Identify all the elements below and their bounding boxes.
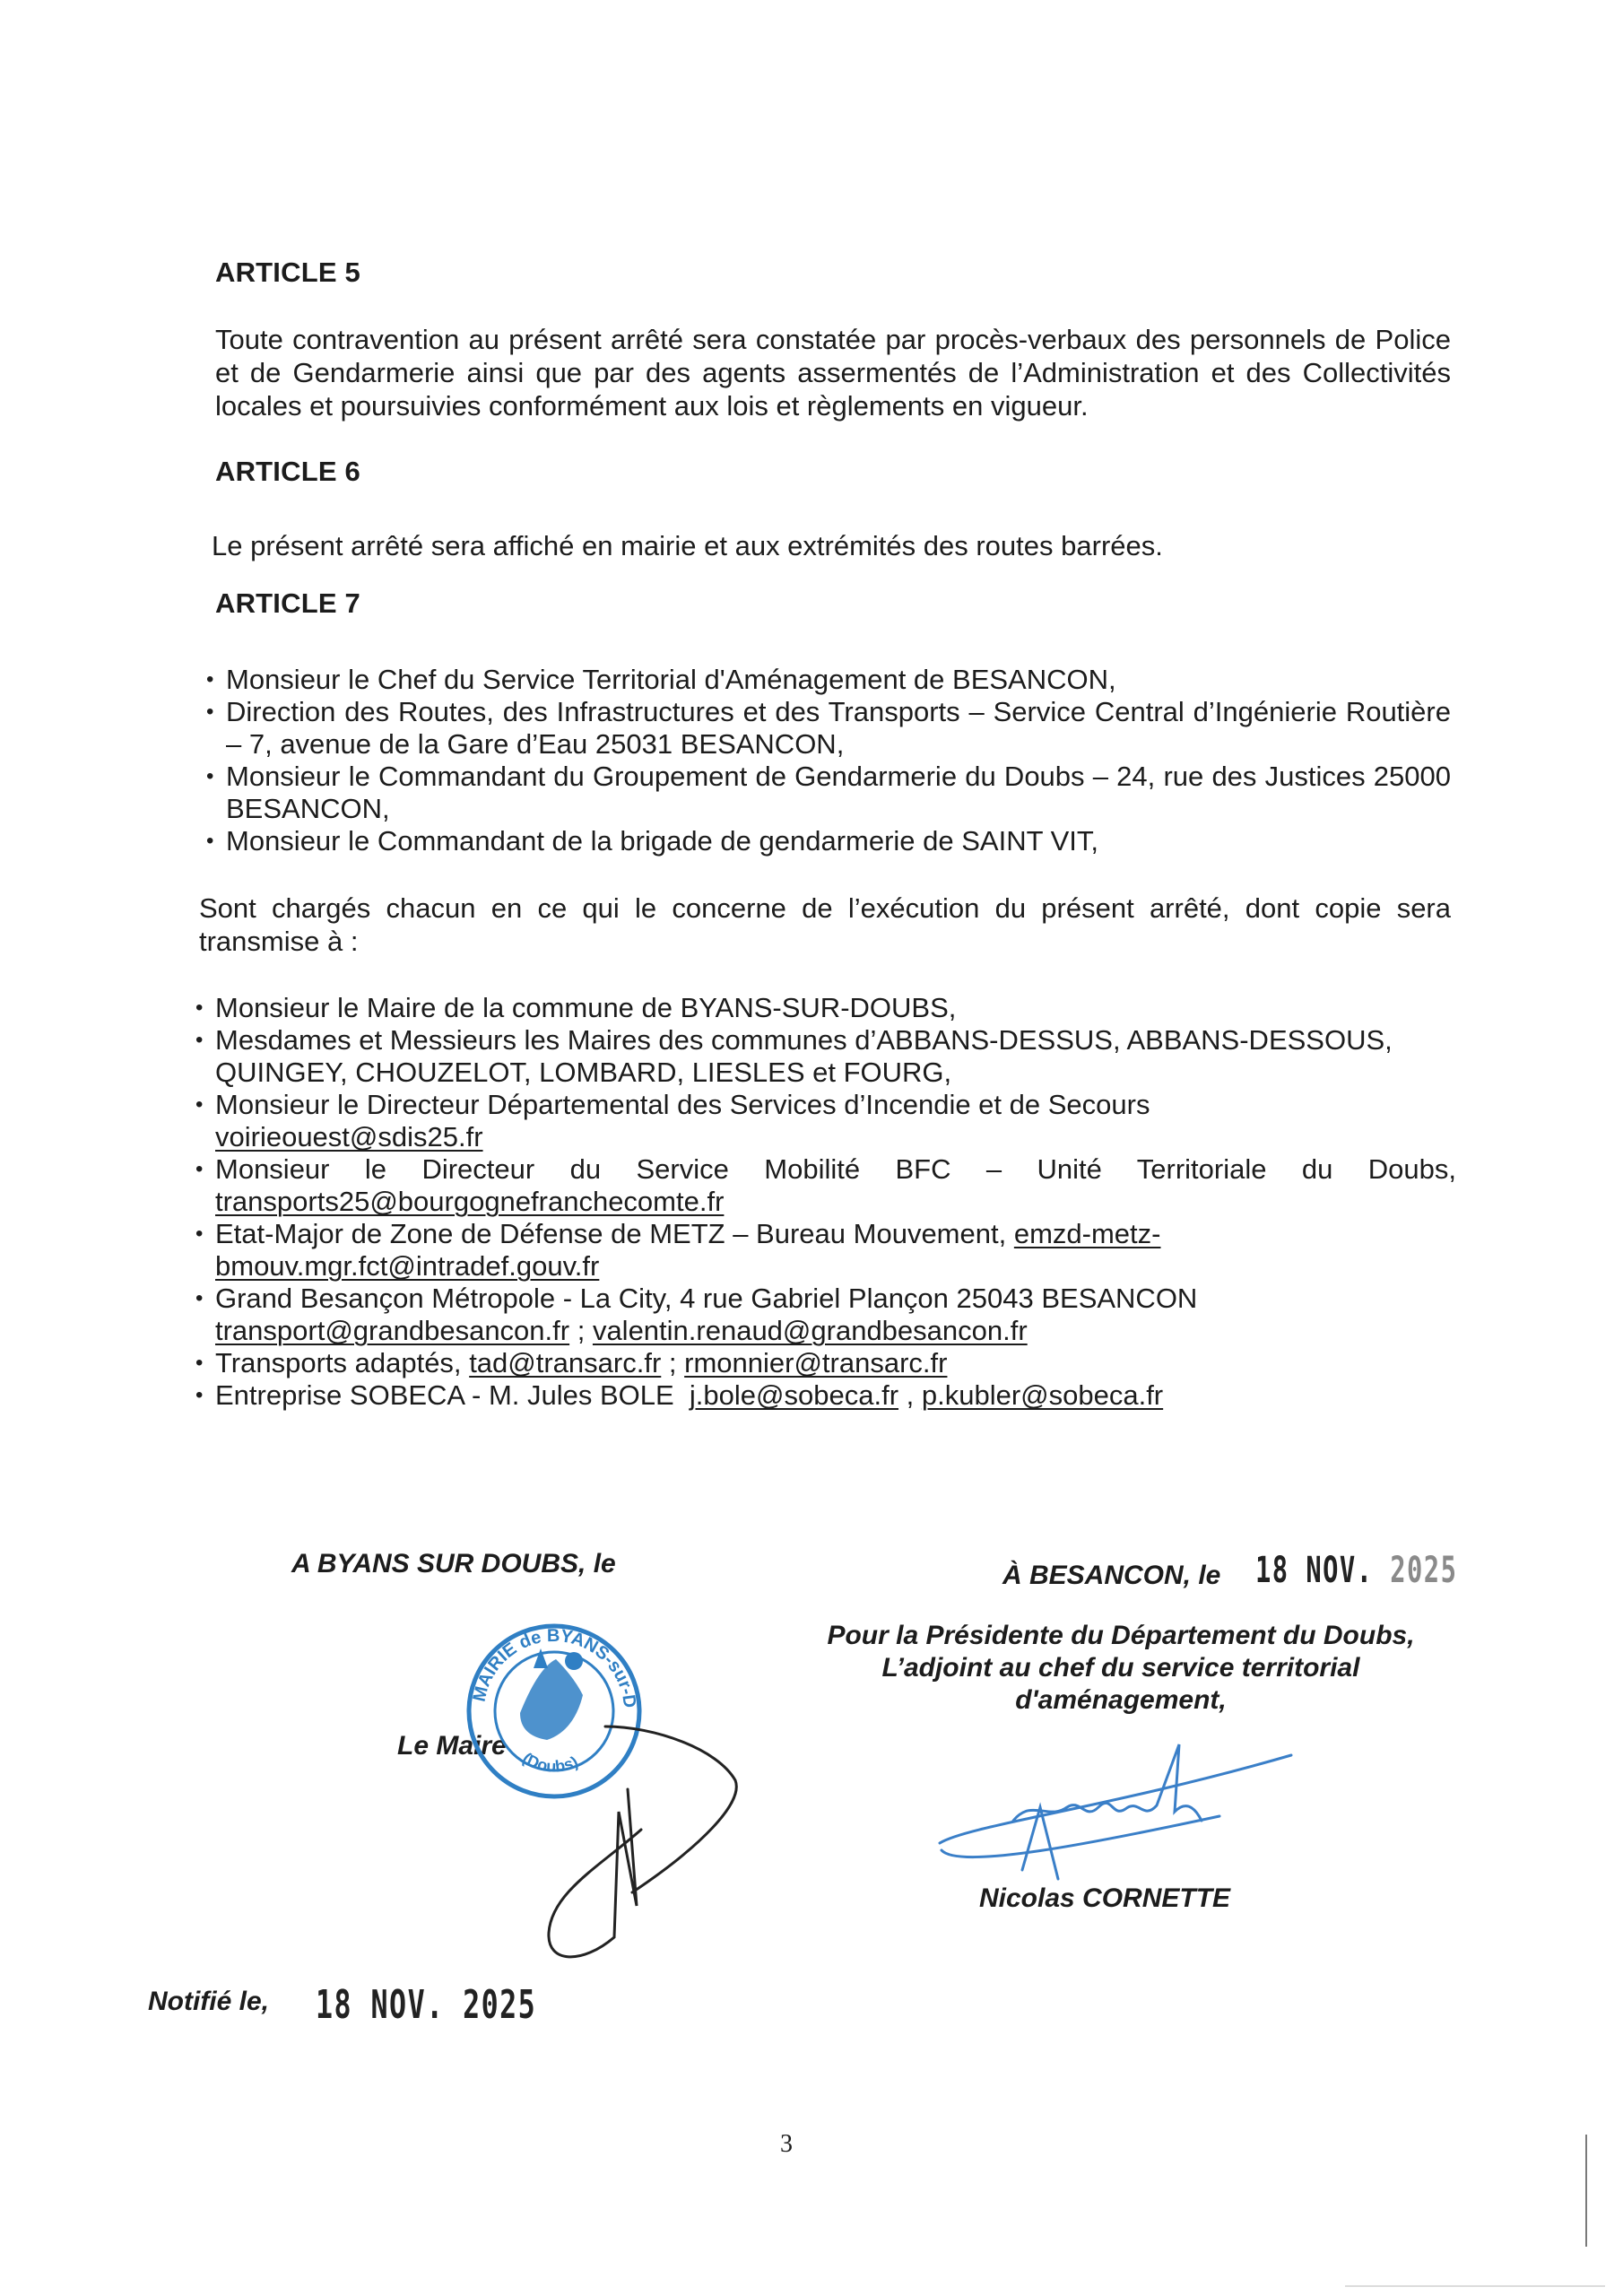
email-link[interactable]: tad@transarc.fr [469, 1347, 661, 1378]
transmission-intro: Sont chargés chacun en ce qui le concern… [199, 891, 1451, 958]
article-5-text: Toute contravention au présent arrêté se… [215, 323, 1451, 422]
department-signature-icon [933, 1735, 1309, 1888]
mayor-seal-icon: MAIRIE de BYANS-sur-DOUBS (Doubs) [448, 1605, 753, 1982]
article-6-text: Le présent arrêté sera affiché en mairie… [212, 529, 1449, 562]
executor-item: Monsieur le Commandant du Groupement de … [212, 761, 1451, 825]
email-link[interactable]: voirieouest@sdis25.fr [215, 1121, 483, 1152]
svg-text:(Doubs): (Doubs) [519, 1749, 580, 1775]
page-number: 3 [780, 2130, 793, 2159]
executor-item: Direction des Routes, des Infrastructure… [212, 696, 1451, 761]
email-link[interactable]: j.bole@sobeca.fr [690, 1379, 898, 1411]
executor-item: Monsieur le Chef du Service Territorial … [212, 664, 1451, 696]
email-link[interactable]: valentin.renaud@grandbesancon.fr [593, 1315, 1028, 1346]
recipient-item: Grand Besançon Métropole - La City, 4 ru… [201, 1283, 1456, 1347]
scan-edge-line [1585, 2135, 1587, 2247]
email-link[interactable]: transport@grandbesancon.fr [215, 1315, 569, 1346]
notification-date-stamp: 18 NOV. 2025 [316, 1982, 536, 2028]
department-date-stamp: 18 NOV. 2025 [1255, 1550, 1457, 1591]
recipient-item: Transports adaptés, tad@transarc.fr ; rm… [201, 1347, 1456, 1379]
recipient-item: Mesdames et Messieurs les Maires des com… [201, 1024, 1456, 1089]
signatory-name: Nicolas CORNETTE [979, 1883, 1230, 1914]
article-7-heading: ARTICLE 7 [215, 587, 360, 620]
mayor-place-date: A BYANS SUR DOUBS, le [291, 1549, 616, 1579]
executors-list: Monsieur le Chef du Service Territorial … [212, 664, 1451, 857]
recipient-item: Monsieur le Maire de la commune de BYANS… [201, 992, 1456, 1024]
article-5-heading: ARTICLE 5 [215, 257, 360, 289]
recipients-list: Monsieur le Maire de la commune de BYANS… [201, 992, 1456, 1412]
email-link[interactable]: rmonnier@transarc.fr [684, 1347, 947, 1378]
article-6-heading: ARTICLE 6 [215, 456, 360, 488]
recipient-item: Monsieur le Directeur Départemental des … [201, 1089, 1456, 1153]
recipient-item: Etat-Major de Zone de Défense de METZ – … [201, 1218, 1456, 1283]
email-link[interactable]: p.kubler@sobeca.fr [922, 1379, 1163, 1411]
notification-label: Notifié le, [148, 1987, 269, 2017]
department-place-date: À BESANCON, le [1002, 1561, 1220, 1591]
recipient-item: Monsieur le Directeur du Service Mobilit… [201, 1153, 1456, 1218]
executor-item: Monsieur le Commandant de la brigade de … [212, 825, 1451, 857]
department-role: Pour la Présidente du Département du Dou… [807, 1620, 1435, 1717]
recipient-item: Entreprise SOBECA - M. Jules BOLE j.bole… [201, 1379, 1456, 1412]
scan-bottom-line [1345, 2285, 1605, 2287]
email-link[interactable]: transports25@bourgognefranchecomte.fr [215, 1186, 724, 1217]
